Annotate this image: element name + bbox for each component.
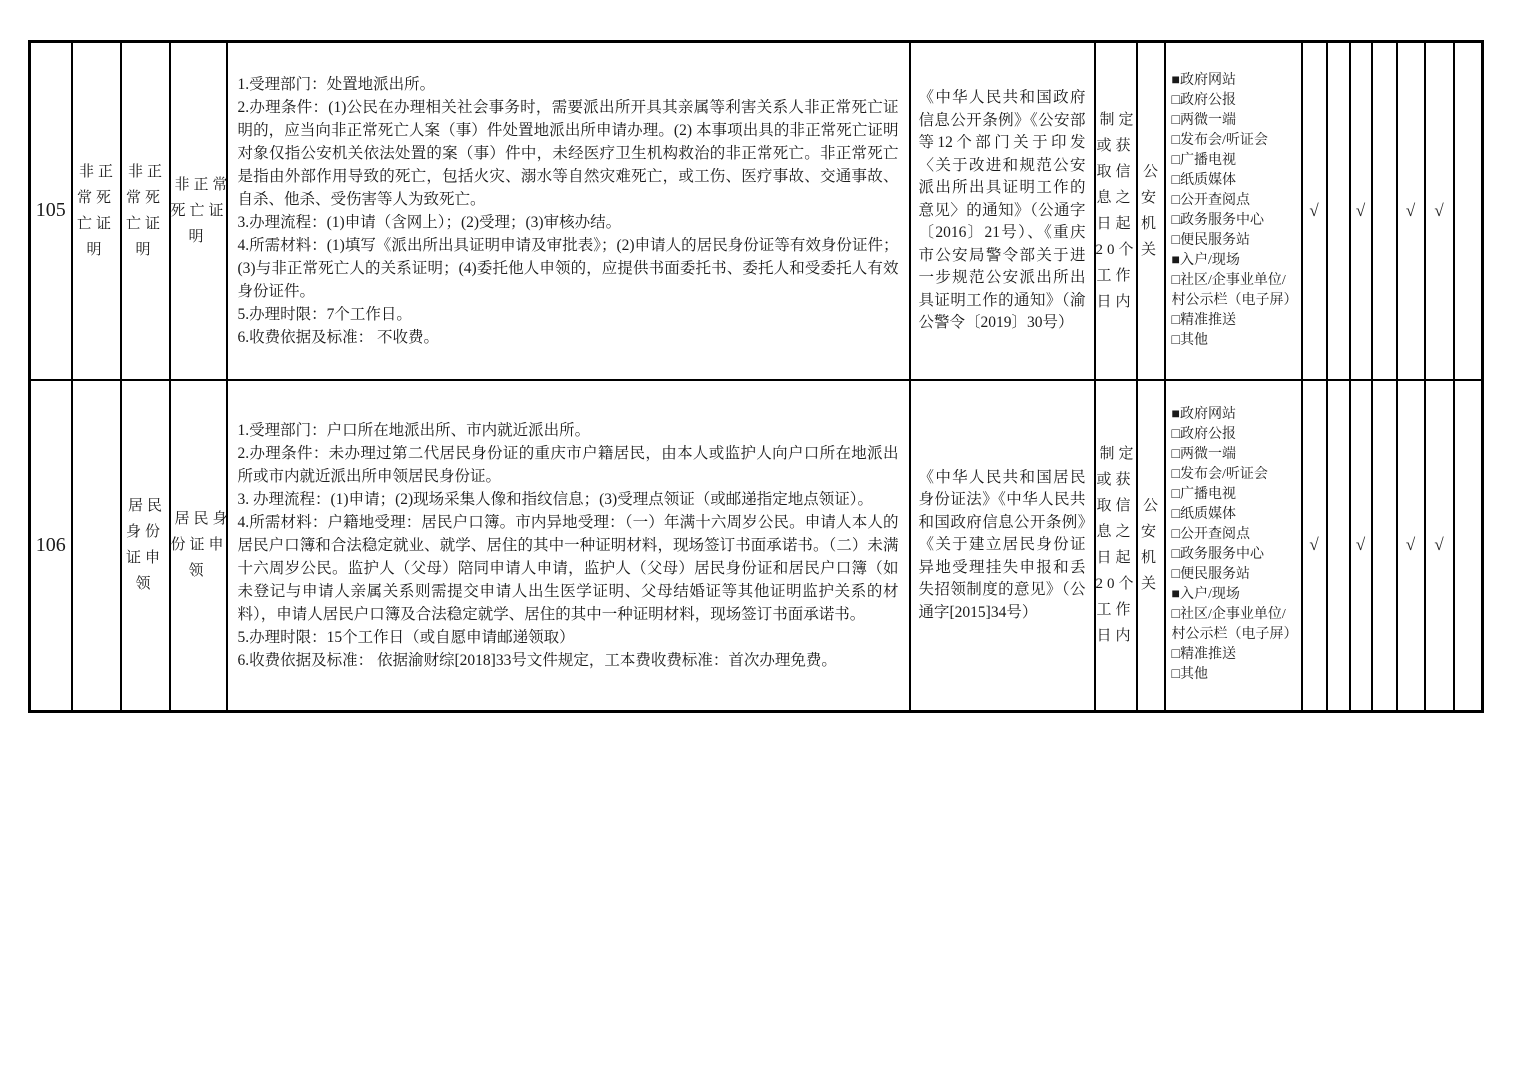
channel-label: 政府公报 bbox=[1180, 427, 1236, 442]
item-name-level2: 居民 身份 证申 领 bbox=[121, 380, 170, 712]
checkbox-icon: □ bbox=[1172, 133, 1180, 148]
channel-label: 入户/现场 bbox=[1180, 253, 1240, 268]
checkbox-icon: □ bbox=[1172, 333, 1180, 348]
checkbox-icon: □ bbox=[1172, 213, 1180, 228]
channel-label: 其他 bbox=[1180, 333, 1208, 348]
procedure-paragraph: 5.办理时限：7个工作日。 bbox=[238, 303, 899, 326]
legal-basis-text: 《中华人民共和国居民身份证法》《中华人民共和国政府信息公开条例》《关于建立居民身… bbox=[919, 467, 1086, 625]
checkbox-icon: □ bbox=[1172, 313, 1180, 328]
channel-label: 纸质媒体 bbox=[1180, 507, 1236, 522]
channel-label: 其他 bbox=[1180, 667, 1208, 682]
responsible-agency: 公 安 机 关 bbox=[1137, 380, 1165, 712]
channel-item: □社区/企事业单位/村公示栏（电子屏） bbox=[1172, 605, 1298, 645]
procedure-paragraph: 1.受理部门：户口所在地派出所、市内就近派出所。 bbox=[238, 419, 899, 442]
channel-label: 两微一端 bbox=[1180, 447, 1236, 462]
checkbox-icon: □ bbox=[1172, 487, 1180, 502]
channel-item: □广播电视 bbox=[1172, 485, 1298, 505]
checkbox-icon: ■ bbox=[1172, 253, 1180, 268]
channel-item: □政府公报 bbox=[1172, 425, 1298, 445]
responsible-agency: 公 安 机 关 bbox=[1137, 42, 1165, 380]
channel-item: □政务服务中心 bbox=[1172, 545, 1298, 565]
channel-label: 便民服务站 bbox=[1180, 233, 1250, 248]
channel-item: □公开查阅点 bbox=[1172, 191, 1298, 211]
channel-label: 入户/现场 bbox=[1180, 587, 1240, 602]
check-cell bbox=[1327, 380, 1350, 712]
channel-label: 纸质媒体 bbox=[1180, 173, 1236, 188]
check-cell: √ bbox=[1397, 42, 1425, 380]
item-name-level3: 非正常 死亡证 明 bbox=[170, 42, 227, 380]
channel-item: □发布会/听证会 bbox=[1172, 465, 1298, 485]
publish-timeline: 制定 或获 取信 息之 日起 20个 工作 日内 bbox=[1095, 42, 1137, 380]
item-name-level1: 非正 常死 亡证 明 bbox=[72, 42, 121, 380]
checkbox-icon: □ bbox=[1172, 527, 1180, 542]
channel-label: 发布会/听证会 bbox=[1180, 133, 1268, 148]
procedure-paragraph: 2.办理条件：(1)公民在办理相关社会事务时，需要派出所开具其亲属等利害关系人非… bbox=[238, 96, 899, 211]
procedure-paragraph: 3.办理流程：(1)申请（含网上）；(2)受理；(3)审核办结。 bbox=[238, 211, 899, 234]
channel-item: □政府公报 bbox=[1172, 91, 1298, 111]
check-cell: √ bbox=[1350, 42, 1372, 380]
item-name-level2: 非正 常死 亡证 明 bbox=[121, 42, 170, 380]
checkbox-icon: □ bbox=[1172, 647, 1180, 662]
document-page: 105 非正 常死 亡证 明 非正 常死 亡证 明 非正常 死亡证 明 1.受理… bbox=[0, 0, 1520, 1074]
channel-label: 政府网站 bbox=[1180, 407, 1236, 422]
row-number: 105 bbox=[30, 42, 72, 380]
checkbox-icon: □ bbox=[1172, 233, 1180, 248]
channel-item: ■政府网站 bbox=[1172, 71, 1298, 91]
channel-label: 发布会/听证会 bbox=[1180, 467, 1268, 482]
legal-basis-text: 《中华人民共和国政府信息公开条例》《公安部等12个部门关于印发〈关于改进和规范公… bbox=[919, 87, 1086, 335]
channel-item: □社区/企事业单位/村公示栏（电子屏） bbox=[1172, 271, 1298, 311]
check-cell: √ bbox=[1425, 380, 1454, 712]
checkbox-icon: □ bbox=[1172, 153, 1180, 168]
channel-item: □两微一端 bbox=[1172, 111, 1298, 131]
checkbox-icon: □ bbox=[1172, 467, 1180, 482]
check-cell bbox=[1327, 42, 1350, 380]
check-cell bbox=[1454, 380, 1483, 712]
checkbox-icon: □ bbox=[1172, 193, 1180, 208]
table-row: 105 非正 常死 亡证 明 非正 常死 亡证 明 非正常 死亡证 明 1.受理… bbox=[30, 42, 1483, 380]
publish-timeline: 制定 或获 取信 息之 日起 20个 工作 日内 bbox=[1095, 380, 1137, 712]
channel-item: □政务服务中心 bbox=[1172, 211, 1298, 231]
channel-item: □便民服务站 bbox=[1172, 565, 1298, 585]
procedure-paragraph: 4.所需材料：户籍地受理：居民户口簿。市内异地受理：（一）年满十六周岁公民。申请… bbox=[238, 511, 899, 626]
check-cell bbox=[1454, 42, 1483, 380]
check-cell: √ bbox=[1397, 380, 1425, 712]
channel-item: □公开查阅点 bbox=[1172, 525, 1298, 545]
channel-label: 广播电视 bbox=[1180, 153, 1236, 168]
check-cell: √ bbox=[1302, 380, 1327, 712]
publish-channels: ■政府网站 □政府公报 □两微一端 □发布会/听证会 □广播电视 □纸质媒体 □… bbox=[1165, 42, 1302, 380]
channel-item: □两微一端 bbox=[1172, 445, 1298, 465]
channel-label: 便民服务站 bbox=[1180, 567, 1250, 582]
channel-item: □纸质媒体 bbox=[1172, 505, 1298, 525]
channel-item: □精准推送 bbox=[1172, 311, 1298, 331]
procedure-paragraph: 2.办理条件：未办理过第二代居民身份证的重庆市户籍居民，由本人或监护人向户口所在… bbox=[238, 442, 899, 488]
procedure-paragraph: 3. 办理流程：(1)申请；(2)现场采集人像和指纹信息；(3)受理点领证（或邮… bbox=[238, 488, 899, 511]
checkbox-icon: ■ bbox=[1172, 407, 1180, 422]
checkbox-icon: □ bbox=[1172, 113, 1180, 128]
channel-label: 政府网站 bbox=[1180, 73, 1236, 88]
channel-item: ■政府网站 bbox=[1172, 405, 1298, 425]
channel-label: 社区/企事业单位/村公示栏（电子屏） bbox=[1172, 607, 1298, 642]
channel-label: 两微一端 bbox=[1180, 113, 1236, 128]
procedure-paragraph: 6.收费依据及标准： 不收费。 bbox=[238, 326, 899, 349]
row-number: 106 bbox=[30, 380, 72, 712]
checkbox-icon: ■ bbox=[1172, 73, 1180, 88]
procedure-details: 1.受理部门：处置地派出所。 2.办理条件：(1)公民在办理相关社会事务时，需要… bbox=[227, 42, 910, 380]
channel-item: □便民服务站 bbox=[1172, 231, 1298, 251]
item-name-level1 bbox=[72, 380, 121, 712]
publish-channels: ■政府网站 □政府公报 □两微一端 □发布会/听证会 □广播电视 □纸质媒体 □… bbox=[1165, 380, 1302, 712]
checkbox-icon: □ bbox=[1172, 547, 1180, 562]
check-cell: √ bbox=[1350, 380, 1372, 712]
channel-item: □纸质媒体 bbox=[1172, 171, 1298, 191]
channel-label: 广播电视 bbox=[1180, 487, 1236, 502]
checkbox-icon: □ bbox=[1172, 427, 1180, 442]
checkbox-icon: □ bbox=[1172, 447, 1180, 462]
procedure-paragraph: 6.收费依据及标准： 依据渝财综[2018]33号文件规定，工本费收费标准：首次… bbox=[238, 649, 899, 672]
check-cell bbox=[1372, 42, 1397, 380]
services-disclosure-table: 105 非正 常死 亡证 明 非正 常死 亡证 明 非正常 死亡证 明 1.受理… bbox=[28, 40, 1484, 713]
channel-item: ■入户/现场 bbox=[1172, 251, 1298, 271]
channel-item: □发布会/听证会 bbox=[1172, 131, 1298, 151]
check-cell bbox=[1372, 380, 1397, 712]
checkbox-icon: □ bbox=[1172, 273, 1180, 288]
channel-item: □精准推送 bbox=[1172, 645, 1298, 665]
procedure-paragraph: 4.所需材料：(1)填写《派出所出具证明申请及审批表》；(2)申请人的居民身份证… bbox=[238, 234, 899, 303]
channel-item: □其他 bbox=[1172, 665, 1298, 685]
channel-label: 政务服务中心 bbox=[1180, 547, 1264, 562]
procedure-paragraph: 5.办理时限：15个工作日（或自愿申请邮递领取） bbox=[238, 626, 899, 649]
channel-label: 政府公报 bbox=[1180, 93, 1236, 108]
checkbox-icon: □ bbox=[1172, 173, 1180, 188]
channel-item: □广播电视 bbox=[1172, 151, 1298, 171]
item-name-level3: 居民身 份证申 领 bbox=[170, 380, 227, 712]
checkbox-icon: □ bbox=[1172, 567, 1180, 582]
checkbox-icon: □ bbox=[1172, 667, 1180, 682]
checkbox-icon: □ bbox=[1172, 507, 1180, 522]
channel-label: 公开查阅点 bbox=[1180, 193, 1250, 208]
legal-basis: 《中华人民共和国政府信息公开条例》《公安部等12个部门关于印发〈关于改进和规范公… bbox=[910, 42, 1095, 380]
procedure-paragraph: 1.受理部门：处置地派出所。 bbox=[238, 73, 899, 96]
channel-label: 精准推送 bbox=[1180, 647, 1236, 662]
legal-basis: 《中华人民共和国居民身份证法》《中华人民共和国政府信息公开条例》《关于建立居民身… bbox=[910, 380, 1095, 712]
channel-item: □其他 bbox=[1172, 331, 1298, 351]
checkbox-icon: □ bbox=[1172, 93, 1180, 108]
checkbox-icon: ■ bbox=[1172, 587, 1180, 602]
channel-label: 公开查阅点 bbox=[1180, 527, 1250, 542]
table-row: 106 居民 身份 证申 领 居民身 份证申 领 1.受理部门：户口所在地派出所… bbox=[30, 380, 1483, 712]
channel-item: ■入户/现场 bbox=[1172, 585, 1298, 605]
check-cell: √ bbox=[1302, 42, 1327, 380]
check-cell: √ bbox=[1425, 42, 1454, 380]
procedure-details: 1.受理部门：户口所在地派出所、市内就近派出所。 2.办理条件：未办理过第二代居… bbox=[227, 380, 910, 712]
channel-label: 政务服务中心 bbox=[1180, 213, 1264, 228]
channel-label: 社区/企事业单位/村公示栏（电子屏） bbox=[1172, 273, 1298, 308]
checkbox-icon: □ bbox=[1172, 607, 1180, 622]
channel-label: 精准推送 bbox=[1180, 313, 1236, 328]
